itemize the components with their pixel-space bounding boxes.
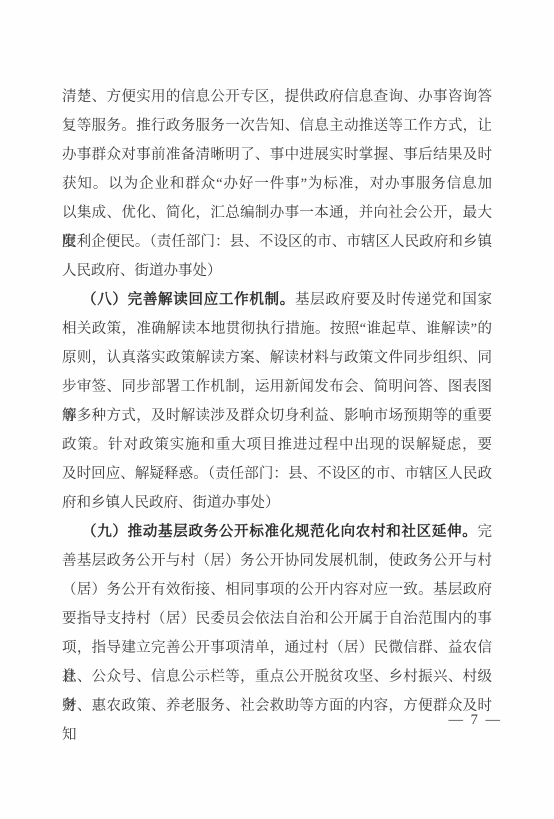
text-line-content: 原则，认真落实政策解读方案、解读材料与政策文件同步组织、同 xyxy=(62,350,492,366)
text-line: 务、惠农政策、养老服务、社会救助等方面的内容，方便群众及时知 xyxy=(62,692,492,721)
text-line-content: 相关政策，准确解读本地贯彻执行措施。按照“谁起草、谁解读”的 xyxy=(62,321,492,337)
text-line: 等多种方式，及时解读涉及群众切身利益、影响市场预期等的重要 xyxy=(62,402,492,431)
text-line-content: 务、惠农政策、养老服务、社会救助等方面的内容，方便群众及时知 xyxy=(62,698,492,743)
document-page: 清楚、方便实用的信息公开专区，提供政府信息查询、办事咨询答 复等服务。推行政务服… xyxy=(0,0,554,819)
text-line: 社、公众号、信息公示栏等，重点公开脱贫攻坚、乡村振兴、村级财 xyxy=(62,663,492,692)
text-line-content: 府和乡镇人民政府、街道办事处） xyxy=(62,495,280,511)
text-line: 相关政策，准确解读本地贯彻执行措施。按照“谁起草、谁解读”的 xyxy=(62,315,492,344)
text-line: 复等服务。推行政务服务一次告知、信息主动推送等工作方式，让 xyxy=(62,112,492,141)
text-line-content: 善基层政务公开与村（居）务公开协同发展机制，使政务公开与村 xyxy=(62,553,492,569)
text-line: 清楚、方便实用的信息公开专区，提供政府信息查询、办事咨询答 xyxy=(62,83,492,112)
text-line-content: 要指导支持村（居）民委员会依法自治和公开属于自治范围内的事 xyxy=(62,611,492,627)
text-line-content: 人民政府、街道办事处） xyxy=(62,263,222,279)
text-line-paragraph-end: 人民政府、街道办事处） xyxy=(62,257,492,286)
text-line-content: 办事群众对事前准备清晰明了、事中进展实时掌握、事后结果及时 xyxy=(62,147,492,163)
text-line-content: 政策。针对政策实施和重大项目推进过程中出现的误解疑虑，要 xyxy=(62,437,492,453)
text-line-content: 获知。以为企业和群众“办好一件事”为标准，对办事服务信息加 xyxy=(62,176,492,192)
text-line-content: 基层政府要及时传递党和国家 xyxy=(295,292,492,308)
text-line: 要指导支持村（居）民委员会依法自治和公开属于自治范围内的事 xyxy=(62,605,492,634)
text-line-paragraph-end: 府和乡镇人民政府、街道办事处） xyxy=(62,489,492,518)
text-line: 获知。以为企业和群众“办好一件事”为标准，对办事服务信息加 xyxy=(62,170,492,199)
text-line: 办事群众对事前准备清晰明了、事中进展实时掌握、事后结果及时 xyxy=(62,141,492,170)
text-line: 度利企便民。（责任部门：县、不设区的市、市辖区人民政府和乡镇 xyxy=(62,228,492,257)
text-line: 及时回应、解疑释惑。（责任部门：县、不设区的市、市辖区人民政 xyxy=(62,460,492,489)
section-9-heading-line: （九）推动基层政务公开标准化规范化向农村和社区延伸。完 xyxy=(62,518,492,547)
text-line: 善基层政务公开与村（居）务公开协同发展机制，使政务公开与村 xyxy=(62,547,492,576)
text-line-content: 及时回应、解疑释惑。（责任部门：县、不设区的市、市辖区人民政 xyxy=(62,466,492,482)
text-line: 原则，认真落实政策解读方案、解读材料与政策文件同步组织、同 xyxy=(62,344,492,373)
text-line-content: 度利企便民。（责任部门：县、不设区的市、市辖区人民政府和乡镇 xyxy=(62,234,492,250)
text-line-content: （居）务公开有效衔接、相同事项的公开内容对应一致。基层政府 xyxy=(62,582,492,598)
text-line: 步审签、同步部署工作机制，运用新闻发布会、简明问答、图表图解 xyxy=(62,373,492,402)
section-8-heading: （八）完善解读回应工作机制。 xyxy=(82,292,295,308)
text-line-content: 等多种方式，及时解读涉及群众切身利益、影响市场预期等的重要 xyxy=(62,408,492,424)
section-8-heading-line: （八）完善解读回应工作机制。基层政府要及时传递党和国家 xyxy=(62,286,492,315)
text-line-content: 复等服务。推行政务服务一次告知、信息主动推送等工作方式，让 xyxy=(62,118,492,134)
text-line: （居）务公开有效衔接、相同事项的公开内容对应一致。基层政府 xyxy=(62,576,492,605)
text-line: 以集成、优化、简化，汇总编制办事一本通，并向社会公开，最大限 xyxy=(62,199,492,228)
document-body: 清楚、方便实用的信息公开专区，提供政府信息查询、办事咨询答 复等服务。推行政务服… xyxy=(62,83,492,721)
text-line-content: 完 xyxy=(478,524,493,540)
text-line: 政策。针对政策实施和重大项目推进过程中出现的误解疑虑，要 xyxy=(62,431,492,460)
section-9-heading: （九）推动基层政务公开标准化规范化向农村和社区延伸。 xyxy=(82,524,478,540)
text-line: 项，指导建立完善公开事项清单，通过村（居）民微信群、益农信息 xyxy=(62,634,492,663)
page-number: — 7 — xyxy=(449,711,503,730)
text-line-content: 清楚、方便实用的信息公开专区，提供政府信息查询、办事咨询答 xyxy=(62,89,492,105)
